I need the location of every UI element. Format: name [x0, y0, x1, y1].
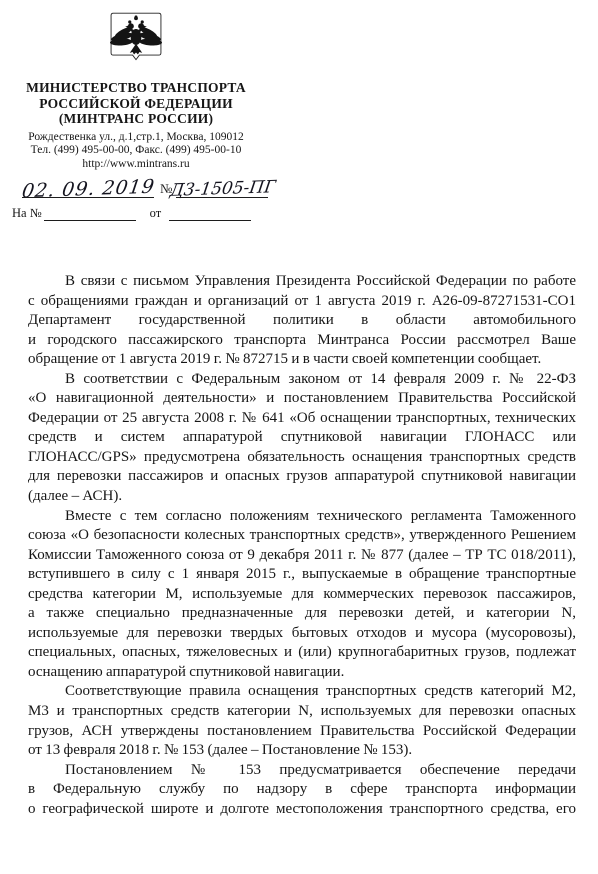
letter-page: МИНИСТЕРСТВО ТРАНСПОРТА РОССИЙСКОЙ ФЕДЕР…	[0, 0, 598, 874]
body-line: (далее – АСН).	[28, 487, 576, 507]
body-line: используемые для перевозки твердых бытов…	[28, 624, 576, 644]
date-number-line: 02. 09. 2019 № Д3-1505-ПГ	[22, 172, 272, 198]
body-line: и городского пассажирского транспорта Ми…	[28, 331, 576, 351]
body-line: Вместе с тем согласно положениям техниче…	[28, 507, 576, 527]
body-line: «О навигационной деятельности» и постано…	[28, 389, 576, 409]
body-line: средств и систем аппаратурой спутниковой…	[28, 428, 576, 448]
letter-body: В связи с письмом Управления Президента …	[28, 272, 576, 819]
paragraph: Соответствующие правила оснащения трансп…	[28, 682, 576, 760]
body-line: в Федеральную службу по надзору в сфере …	[28, 780, 576, 800]
handwritten-number: Д3-1505-ПГ	[168, 177, 276, 201]
body-line: М3 и транспортных средств категории N, и…	[28, 702, 576, 722]
body-line: обращение от 1 августа 2019 г. № 872715 …	[28, 350, 576, 370]
body-line: вступившего в силу с 1 января 2015 г., в…	[28, 565, 576, 585]
body-line: с обращениями граждан и организаций от 1…	[28, 292, 576, 312]
paragraph: В соответствии с Федеральным законом от …	[28, 370, 576, 507]
website-line: http://www.mintrans.ru	[0, 158, 272, 172]
body-line: Федерации от 25 августа 2008 г. № 641 «О…	[28, 409, 576, 429]
date-blank-line: 02. 09. 2019	[22, 177, 154, 198]
body-line: средства категории М, используемые для к…	[28, 585, 576, 605]
phone-fax-line: Тел. (499) 495-00-00, Факс. (499) 495-00…	[0, 144, 272, 158]
ministry-line-1: МИНИСТЕРСТВО ТРАНСПОРТА	[0, 80, 272, 96]
body-line: специальных, опасных, тяжеловесных и (ил…	[28, 643, 576, 663]
body-line: а также специально предназначенные для п…	[28, 604, 576, 624]
body-line: для перевозки пассажиров и опасных грузо…	[28, 467, 576, 487]
address-line: Рождественка ул., д.1,стр.1, Москва, 109…	[0, 131, 272, 145]
letterhead: МИНИСТЕРСТВО ТРАНСПОРТА РОССИЙСКОЙ ФЕДЕР…	[0, 0, 272, 221]
ministry-line-2: РОССИЙСКОЙ ФЕДЕРАЦИИ	[0, 96, 272, 112]
paragraph: В связи с письмом Управления Президента …	[28, 272, 576, 370]
body-line: союза «О безопасности колесных транспорт…	[28, 526, 576, 546]
number-blank-line: Д3-1505-ПГ	[176, 177, 268, 198]
ministry-line-3: (МИНТРАНС РОССИИ)	[0, 111, 272, 127]
body-line: ГЛОНАСС/GPS» предусмотрена обязательност…	[28, 448, 576, 468]
russia-coat-of-arms-icon	[0, 12, 272, 71]
paragraph: Постановлением № 153 предусматривается о…	[28, 761, 576, 820]
paragraph: Вместе с тем согласно положениям техниче…	[28, 507, 576, 683]
contact-block: Рождественка ул., д.1,стр.1, Москва, 109…	[0, 131, 272, 172]
handwritten-date: 02. 09. 2019	[20, 177, 156, 202]
body-line: Постановлением № 153 предусматривается о…	[28, 761, 576, 781]
body-line: Комиссии Таможенного союза от 9 декабря …	[28, 546, 576, 566]
body-line: Департамент государственной политики в о…	[28, 311, 576, 331]
ref-date-blank	[169, 207, 251, 221]
body-line: В связи с письмом Управления Президента …	[28, 272, 576, 292]
ref-label: На №	[12, 206, 42, 221]
body-line: грузов, АСН утверждены постановлением Пр…	[28, 722, 576, 742]
body-line: оснащению аппаратурой спутниковой навига…	[28, 663, 576, 683]
body-line: от 13 февраля 2018 г. № 153 (далее – Пос…	[28, 741, 576, 761]
body-line: Соответствующие правила оснащения трансп…	[28, 682, 576, 702]
body-line: В соответствии с Федеральным законом от …	[28, 370, 576, 390]
reference-line: На № от	[12, 205, 272, 221]
ref-number-blank	[44, 207, 136, 221]
ref-from-label: от	[150, 206, 162, 221]
body-line: о географической широте и долготе местоп…	[28, 800, 576, 820]
ministry-name: МИНИСТЕРСТВО ТРАНСПОРТА РОССИЙСКОЙ ФЕДЕР…	[0, 80, 272, 127]
